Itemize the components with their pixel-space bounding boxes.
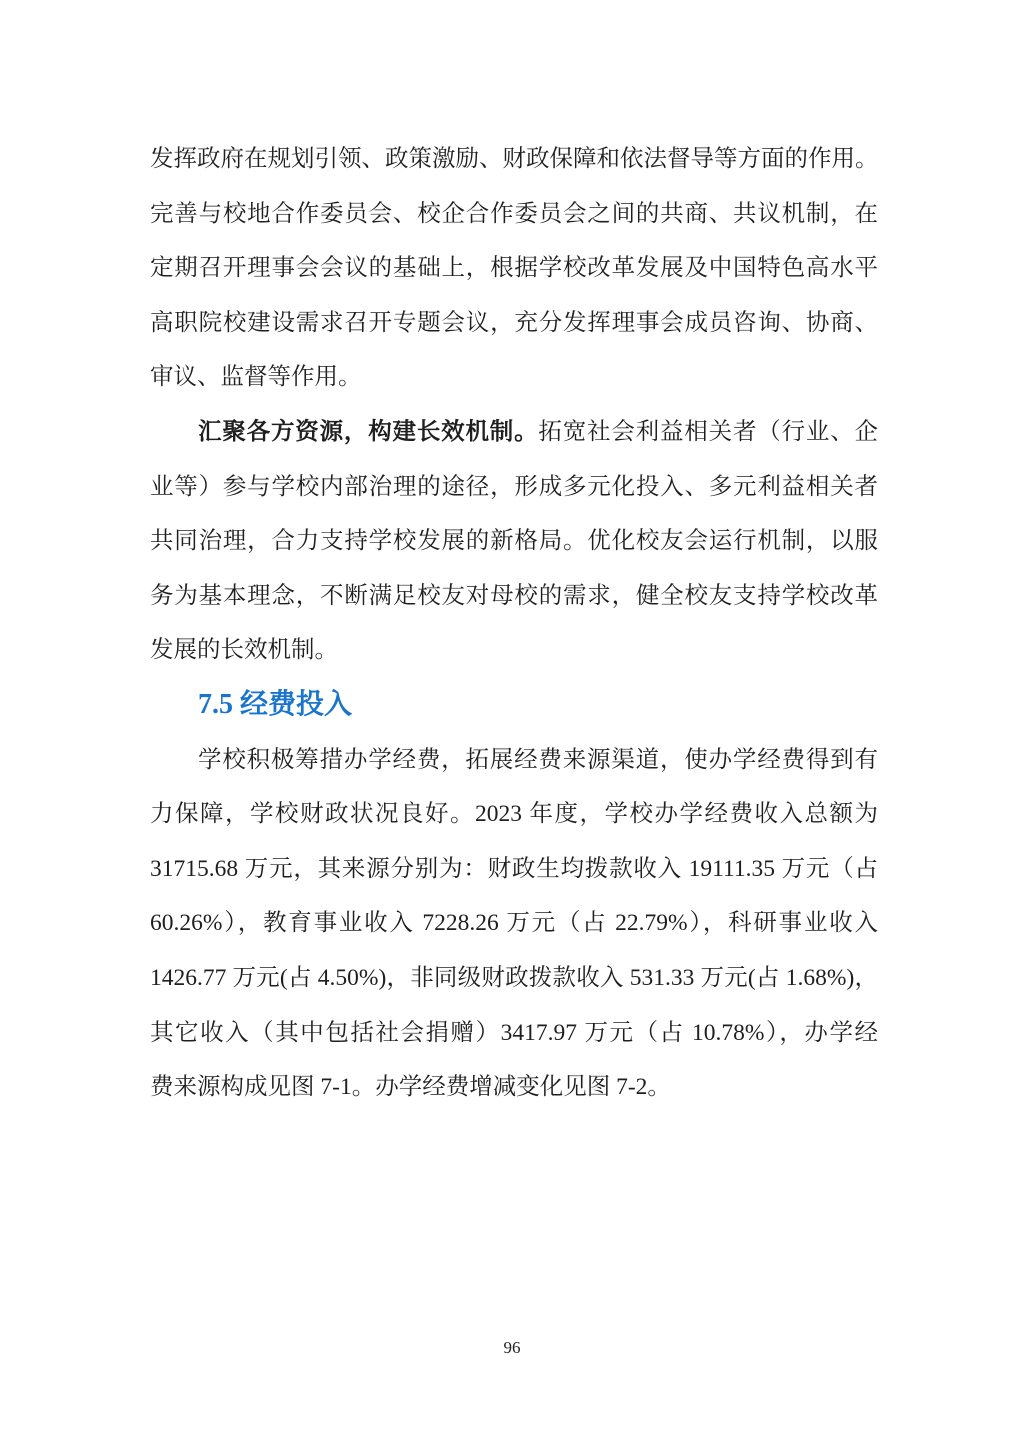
document-page: 发挥政府在规划引领、政策激励、财政保障和依法督导等方面的作用。 完善与校地合作委… [0,0,1024,1448]
text-line: 务为基本理念，不断满足校友对母校的需求，健全校友支持学校改革 [150,569,878,624]
text-line: 1426.77 万元(占 4.50%)，非同级财政拨款收入 531.33 万元(… [150,951,878,1006]
text-line: 发展的长效机制。 [150,623,878,678]
text-line: 汇聚各方资源，构建长效机制。拓宽社会利益相关者（行业、企 [150,405,878,460]
paragraph-funding: 学校积极筹措办学经费，拓展经费来源渠道，使办学经费得到有 力保障，学校财政状况良… [150,733,878,1115]
section-heading-7-5: 7.5 经费投入 [150,678,878,733]
document-text-block: 发挥政府在规划引领、政策激励、财政保障和依法督导等方面的作用。 完善与校地合作委… [150,132,878,1115]
text-line: 定期召开理事会会议的基础上，根据学校改革发展及中国特色高水平 [150,241,878,296]
text-line: 发挥政府在规划引领、政策激励、财政保障和依法督导等方面的作用。 [150,132,878,187]
page-number: 96 [0,1338,1024,1358]
paragraph-resource-mechanism: 汇聚各方资源，构建长效机制。拓宽社会利益相关者（行业、企 业等）参与学校内部治理… [150,405,878,678]
text-run: 拓宽社会利益相关者（行业、企 [538,419,878,445]
text-line: 共同治理，合力支持学校发展的新格局。优化校友会运行机制，以服 [150,514,878,569]
text-line: 31715.68 万元，其来源分别为：财政生均拨款收入 19111.35 万元（… [150,842,878,897]
text-line: 高职院校建设需求召开专题会议，充分发挥理事会成员咨询、协商、 [150,296,878,351]
text-line: 力保障，学校财政状况良好。2023 年度，学校办学经费收入总额为 [150,787,878,842]
text-line: 60.26%），教育事业收入 7228.26 万元（占 22.79%），科研事业… [150,896,878,951]
paragraph-government-role: 发挥政府在规划引领、政策激励、财政保障和依法督导等方面的作用。 完善与校地合作委… [150,132,878,405]
text-line: 完善与校地合作委员会、校企合作委员会之间的共商、共议机制，在 [150,187,878,242]
bold-lead-sentence: 汇聚各方资源，构建长效机制。 [198,419,538,445]
text-line: 费来源构成见图 7-1。办学经费增减变化见图 7-2。 [150,1060,878,1115]
text-line: 审议、监督等作用。 [150,350,878,405]
text-line: 业等）参与学校内部治理的途径，形成多元化投入、多元利益相关者 [150,460,878,515]
text-line: 学校积极筹措办学经费，拓展经费来源渠道，使办学经费得到有 [150,733,878,788]
text-line: 其它收入（其中包括社会捐赠）3417.97 万元（占 10.78%），办学经 [150,1006,878,1061]
